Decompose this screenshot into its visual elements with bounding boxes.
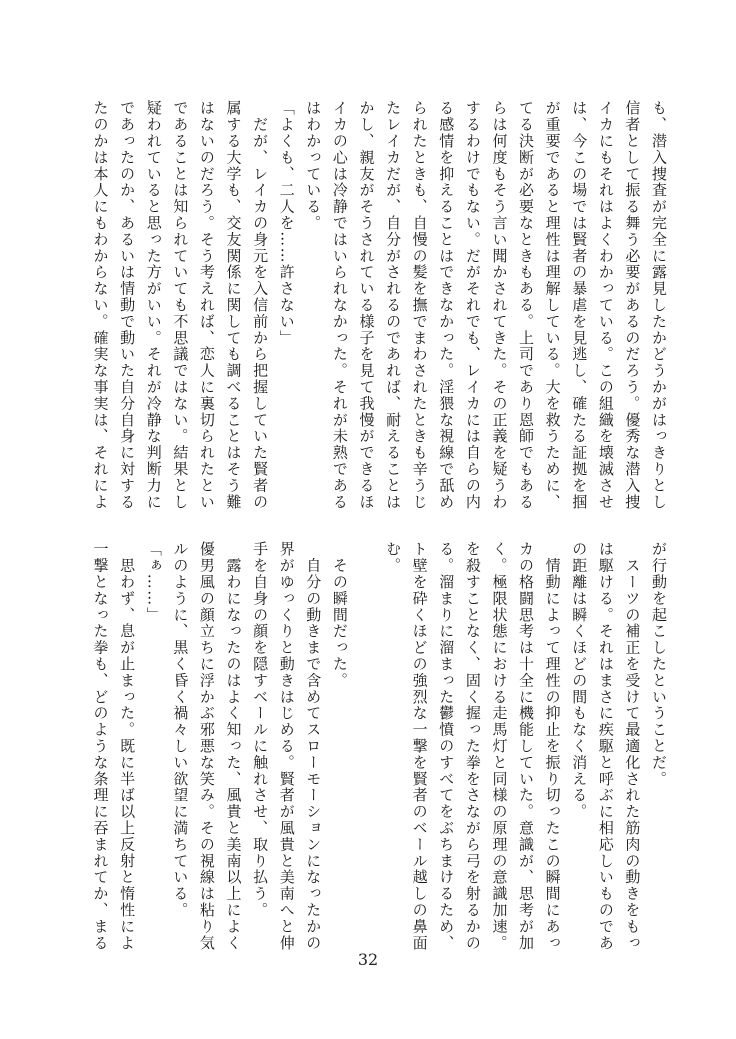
- dialogue-line: 「よくも、二人を……許さない」: [273, 100, 300, 510]
- text-line: を殺すことなく、固く握った拳をさながら弓を射るかの如く引き絞: [459, 541, 486, 951]
- text-line: 界がゆっくりと動きはじめる。賢者が風貴と美南へと伸ばしていた: [273, 541, 300, 951]
- text-line: 情動によって理性の抑止を振り切ったこの瞬間にあっても、レイ: [539, 541, 566, 951]
- text-line: む。: [379, 541, 406, 951]
- book-page: も、潜入捜査が完全に露見したかどうかがはっきりとしない現状、 信者として振る舞う…: [0, 0, 736, 1039]
- text-line: 一撃となった拳も、どのような条理に吞まれてか、まるでレイカの: [92, 541, 114, 951]
- text-line: が行動を起こしたということだ。: [645, 541, 672, 951]
- text-line: であることは知られていても不思議ではない。結果として、自分は: [167, 100, 194, 510]
- text-line: らは何度もそう言い聞かされてきた。その正義を疑うわけでも否定: [486, 100, 513, 510]
- text-line: 属する大学も、交友関係に関しても調べることはそう難しいことで: [220, 100, 247, 510]
- text-line: ルのように、黒く昏く禍々しい欲望に満ちている。: [167, 541, 194, 951]
- blank-line: [353, 541, 380, 951]
- text-line: の距離は瞬くほどの間もなく消える。: [566, 541, 593, 951]
- text-line: ト壁を砕くほどの強烈な一撃を賢者のベール越しの鼻面へと叩き込: [406, 541, 433, 951]
- text-line: も、潜入捜査が完全に露見したかどうかがはっきりとしない現状、: [645, 100, 672, 510]
- text-line: イカにもそれはよくわかっている。この組織を壊滅させるために: [592, 100, 619, 510]
- text-line: 自分の動きまで含めてスローモーションになったかのように、世: [300, 541, 327, 951]
- text-line: 信者として振る舞う必要があるのだろう。優秀な潜入捜査官たるレ: [619, 100, 646, 510]
- text-line: は、今この場では賢者の暴虐を見逃し、確たる証拠を掴むことこそ: [566, 100, 593, 510]
- text-line: 優男風の顔立ちに浮かぶ邪悪な笑み。その視線は粘り気のあるター: [193, 541, 220, 951]
- text-line: る。溜まりに溜まった鬱憤のすべてをぶちまけるため、コンクリー: [433, 541, 460, 951]
- text-line: てる決断が必要なときもある。上司であり恩師でもある巌居景貴か: [512, 100, 539, 510]
- text-line: であったのか、あるいは情動で動いた自分自身に対する言い訳だっ: [114, 100, 141, 510]
- text-line: イカの心は冷静ではいられなかった。それが未熟であるということ: [326, 100, 353, 510]
- text-block-top: も、潜入捜査が完全に露見したかどうかがはっきりとしない現状、 信者として振る舞う…: [92, 100, 672, 510]
- text-line: たレイカだが、自分がされるのであれば、耐えることはできた。し: [379, 100, 406, 510]
- text-line: たのかは本人にもわからない。確実な事実は、それによってレイカ: [92, 100, 114, 510]
- text-line: その瞬間だった。: [326, 541, 353, 951]
- text-line: するわけでもない。だがそれでも、レイカには自らの内側で爆発す: [459, 100, 486, 510]
- dialogue-line: 「ぁ……」: [140, 541, 167, 951]
- text-line: はないのだろう。そう考えれば、恋人に裏切られたということが嘘: [193, 100, 220, 510]
- page-number: 32: [0, 950, 736, 969]
- text-line: 露わになったのはよく知った、風貴と美南以上によく知るはずの: [220, 541, 247, 951]
- text-line: だが、レイカの身元を入信前から把握していた賢者のことだ。所: [247, 100, 274, 510]
- text-line: スーツの補正を受けて最適化された筋肉の動きをもって、レイカ: [619, 541, 646, 951]
- text-block-bottom: が行動を起こしたということだ。 スーツの補正を受けて最適化された筋肉の動きをもっ…: [92, 541, 672, 951]
- text-line: 疑われていると思った方がいい。それが冷静な判断力に基づくもの: [140, 100, 167, 510]
- text-line: は駆ける。それはまさに疾駆と呼ぶに相応しいものであり、賢者と: [592, 541, 619, 951]
- text-line: る感情を抑えることはできなかった。淫猥な視線で舐めるように見: [433, 100, 460, 510]
- text-line: 思わず、息が止まった。既に半ば以上反射と惰性によって必死の: [114, 541, 141, 951]
- text-line: かし、親友がそうされている様子を見て我慢ができるほどには、レ: [353, 100, 380, 510]
- text-line: はわかっている。: [300, 100, 327, 510]
- text-line: カの格闘思考は十全に機能していた。意識が、思考が加速してい: [512, 541, 539, 951]
- text-line: が重要であると理性は理解している。大を救うために、小を切り捨: [539, 100, 566, 510]
- text-line: られたときも、自慢の髪を撫でまわされたときも辛うじて耐えてき: [406, 100, 433, 510]
- text-line: 手を自身の顔を隠すベールに触れさせ、取り払う。: [247, 541, 274, 951]
- text-line: く。極限状態における走馬灯と同様の原理の意識加速。疾駆の勢い: [486, 541, 513, 951]
